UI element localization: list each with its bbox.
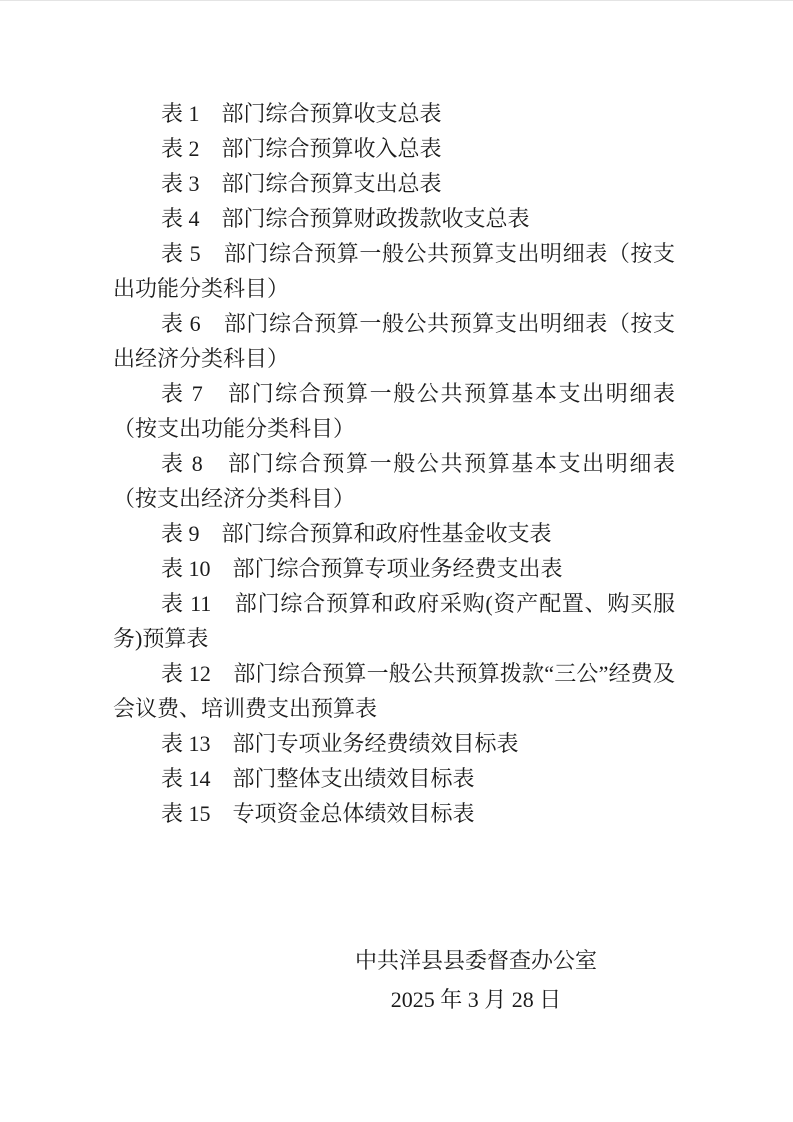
signature-date: 2025 年 3 月 28 日 [276, 980, 676, 1019]
table-list-item-7: 表 7 部门综合预算一般公共预算基本支出明细表（按支出功能分类科目） [113, 376, 675, 446]
table-list-item-9: 表 9 部门综合预算和政府性基金收支表 [113, 516, 675, 551]
table-list-item-2: 表 2 部门综合预算收入总表 [113, 131, 675, 166]
table-list-item-8: 表 8 部门综合预算一般公共预算基本支出明细表（按支出经济分类科目） [113, 446, 675, 516]
table-list-item-13: 表 13 部门专项业务经费绩效目标表 [113, 726, 675, 761]
table-list-item-6: 表 6 部门综合预算一般公共预算支出明细表（按支出经济分类科目） [113, 306, 675, 376]
table-list-item-15: 表 15 专项资金总体绩效目标表 [113, 796, 675, 831]
table-list-item-14: 表 14 部门整体支出绩效目标表 [113, 761, 675, 796]
table-list-item-3: 表 3 部门综合预算支出总表 [113, 166, 675, 201]
table-list: 表 1 部门综合预算收支总表 表 2 部门综合预算收入总表 表 3 部门综合预算… [0, 1, 793, 831]
signature-organization: 中共洋县县委督查办公室 [276, 941, 676, 980]
table-list-item-5: 表 5 部门综合预算一般公共预算支出明细表（按支出功能分类科目） [113, 236, 675, 306]
table-list-item-1: 表 1 部门综合预算收支总表 [113, 96, 675, 131]
table-list-item-12: 表 12 部门综合预算一般公共预算拨款“三公”经费及会议费、培训费支出预算表 [113, 656, 675, 726]
table-list-item-4: 表 4 部门综合预算财政拨款收支总表 [113, 201, 675, 236]
table-list-item-10: 表 10 部门综合预算专项业务经费支出表 [113, 551, 675, 586]
table-list-item-11: 表 11 部门综合预算和政府采购(资产配置、购买服务)预算表 [113, 586, 675, 656]
signature-block: 中共洋县县委督查办公室 2025 年 3 月 28 日 [276, 941, 676, 1019]
document-page: 表 1 部门综合预算收支总表 表 2 部门综合预算收入总表 表 3 部门综合预算… [0, 0, 793, 1122]
